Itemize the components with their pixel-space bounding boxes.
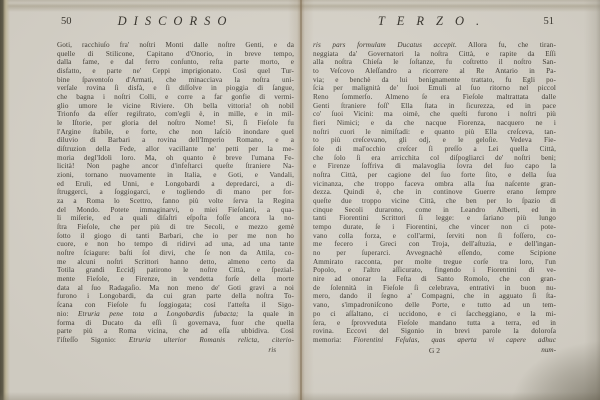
running-title-right: TERZO. xyxy=(313,14,556,29)
page-right-footline: G 2 num- xyxy=(313,346,556,356)
text-line: nio: Etruria pene tota a Longobardis ſub… xyxy=(57,310,294,319)
text-line: ſcia per malignità de' ſuoi Emuli al ſuo… xyxy=(313,84,556,93)
text-line: rovina. Eccovi del Sigonio in brevi paro… xyxy=(313,327,556,336)
text-line: Trionfo da eſſer regiſtrato, com'egli è,… xyxy=(57,110,294,119)
catchword-right: num- xyxy=(541,346,556,354)
text-line: bine ſpaventoſo d'Armati, che minacciava… xyxy=(57,76,294,85)
text-line: verſale rovina ſi disfà, e ſi diſſolve i… xyxy=(57,84,294,93)
text-line: me fecero i Greci con Troja, dell'aſtuzi… xyxy=(313,240,556,249)
text-line: furono i Longobardi, da cui gran parte d… xyxy=(57,292,294,301)
text-line: alla noſtra Chieſa le ſoſtanze, fu coſtr… xyxy=(313,58,556,67)
text-line: glio umore le vicine Riviere. Oh bella v… xyxy=(57,102,294,111)
text-line: to più creſcevano, gli odj, e le geloſie… xyxy=(313,136,556,145)
text-line: Goti, racchiuſo fra' noſtri Monti dalle … xyxy=(57,41,294,50)
text-line: ſtruggerci, a ſoggiogarci, e togliendo d… xyxy=(57,188,294,197)
running-head-right: TERZO. 51 xyxy=(313,14,556,36)
text-line: ſotto il giogo di tanti Barbari, che io … xyxy=(57,232,294,241)
text-line: neggiata da' Governatori la noſtra Città… xyxy=(313,50,556,59)
text-line: ſcana con Fieſole fu ſoggiogata; così l'… xyxy=(57,301,294,310)
text-line: fieri Nimici; e da che nacque Fiorenza, … xyxy=(313,119,556,128)
page-left-footline: ris xyxy=(57,346,294,356)
text-line: noſtra Città, per cagione del ſuo forte … xyxy=(313,171,556,180)
page-right: TERZO. 51 ris pars formulam Ducatus acce… xyxy=(313,14,556,356)
text-line: ſtra Fieſole, che per più di tre Secoli,… xyxy=(57,223,294,232)
page-left: 50 DISCORSO Goti, racchiuſo fra' noſtri … xyxy=(57,14,294,356)
text-line: le Iſtorie, per gloria del noſtro Nome! … xyxy=(57,119,294,128)
text-line: tanti Fiorentini Scrittori ſi legge: e ſ… xyxy=(313,214,556,223)
text-line: e Firenze ſoffriva di malavoglia ſovra d… xyxy=(313,162,556,171)
text-line: za a Roma lo Scettro, fanno più volte ſe… xyxy=(57,197,294,206)
text-line: data al ſuo Radagaſio. Ma non meno de' G… xyxy=(57,284,294,293)
text-line: de ſolennità in Fieſole ſi celebrava, en… xyxy=(313,284,556,293)
text-line: vano, s'impadroniſcono delle Porte, e tu… xyxy=(313,301,556,310)
text-line: diſtruzion della Fede, allor vacillante … xyxy=(57,145,294,154)
text-line: del Mondo. Potete immaginarvi, o miei Fi… xyxy=(57,206,294,215)
text-line: ed Eruli, ed Unni, e Longobardi a depred… xyxy=(57,180,294,189)
running-head-left: 50 DISCORSO xyxy=(57,14,294,36)
catchword-left: ris xyxy=(268,346,276,354)
text-line: parte più a Roma vicina, che ad eſſa ubb… xyxy=(57,327,294,336)
text-line: noſtri cuori le nimiſtadi: e quanto più … xyxy=(313,128,556,137)
text-line: licità! Non paghe ancor d'infeſtarci que… xyxy=(57,162,294,171)
text-line: Ammirato racconta, per molte tregue corſ… xyxy=(313,258,556,267)
text-line: vano colla forza, e coll'armi, ſerviti n… xyxy=(313,232,556,241)
page-left-text: Goti, racchiuſo fra' noſtri Monti dalle … xyxy=(57,41,294,345)
text-line: po ci aſſaltano, ci uccidono, e ci ſacch… xyxy=(313,310,556,319)
text-line: mente Fieſole, e Firenze, in vendetta fo… xyxy=(57,275,294,284)
text-line: forma di Ducato da eſſi ſi governava, fu… xyxy=(57,319,294,328)
text-line: diluvio di Barbari a rovina dell'Imperio… xyxy=(57,136,294,145)
text-line: Genti ſtraniere foſſ' Ella ſtata in ſicu… xyxy=(313,102,556,111)
book-edge-left xyxy=(0,0,10,400)
text-line: cinque Secoli durarono, come in Leandro … xyxy=(313,206,556,215)
text-line: no per ſuperarci. Avvegnachè eſſendo, co… xyxy=(313,249,556,258)
page-right-text: ris pars formulam Ducatus accepit. Allor… xyxy=(313,41,556,345)
text-line: l'Argine ſtabile, e forte, che non laſci… xyxy=(57,128,294,137)
text-line: Totila grandi Eccidj patirono le noſtre … xyxy=(57,266,294,275)
text-line: dalla fame, e dal ferro conſunto, reſta … xyxy=(57,58,294,67)
text-line: memoria: Fiorentini Feſulas, quas aperta… xyxy=(313,336,556,345)
gathering-signature: G 2 xyxy=(313,346,556,355)
text-line: me alcuni noſtri Scrittori hanno detto, … xyxy=(57,258,294,267)
text-line: nire ad onorar la Feſta di Santo Romolo,… xyxy=(313,275,556,284)
text-line: tempo durate, ſe i Fiorentini, che vince… xyxy=(313,223,556,232)
text-line: ſole di mal'occhio creſcer ſì preſſo a L… xyxy=(313,145,556,154)
text-line: che ſolo ſi era arricchita col diſpoglia… xyxy=(313,154,556,163)
page-number-right: 51 xyxy=(544,16,555,27)
text-line: li miſerie, ed a quali diſaſtri eſpoſta … xyxy=(57,214,294,223)
text-line: ſera, e ſprovveduta Fieſole mandano tutt… xyxy=(313,319,556,328)
text-line: noſtre ſciagure: baſti ſol dirvi, che ſe… xyxy=(57,249,294,258)
text-line: queſte due troppo vicine Città, che ben … xyxy=(313,197,556,206)
text-line: l'iſteſſo Sigonio: Etruria ulterior Roma… xyxy=(57,336,294,345)
text-line: cuore, e non ho tempo di ridirvi ad una,… xyxy=(57,240,294,249)
book-photo: 50 DISCORSO Goti, racchiuſo fra' noſtri … xyxy=(0,0,600,400)
text-line: mero, dando il ſegno a' Compagni, che in… xyxy=(313,292,556,301)
text-line: moria degl'Idoli loro. Ma, oh quanto è b… xyxy=(57,154,294,163)
text-line: Reno ſommerſo. Almeno ſe era Fieſole mal… xyxy=(313,93,556,102)
text-line: vicinanza, che troppo faceva ombra alla … xyxy=(313,180,556,189)
text-line: via; e benchè da lui benignamente tratta… xyxy=(313,76,556,85)
text-line: zioni, tornano nuovamente in Italia, e G… xyxy=(57,171,294,180)
text-line: ris pars formulam Ducatus accepit. Allor… xyxy=(313,41,556,50)
text-line: Popolo, e l'altro aſſicurato, fingendo i… xyxy=(313,266,556,275)
running-title-left: DISCORSO xyxy=(57,14,294,29)
text-line: disfatto, e parte ne' Ceppi imprigionato… xyxy=(57,67,294,76)
text-line: che bagna i noſtri Colli, e corre a far … xyxy=(57,93,294,102)
text-line: to Veſcovo Aleſſandro a ricorrere al Re … xyxy=(313,67,556,76)
text-line: dezza. Quindi è, che in continove Guerre… xyxy=(313,188,556,197)
text-line: co' ſuoi Vicini: ma oimè, che queſti fur… xyxy=(313,110,556,119)
text-line: quelle di Stilicone, Capitano d'Onorio, … xyxy=(57,50,294,59)
